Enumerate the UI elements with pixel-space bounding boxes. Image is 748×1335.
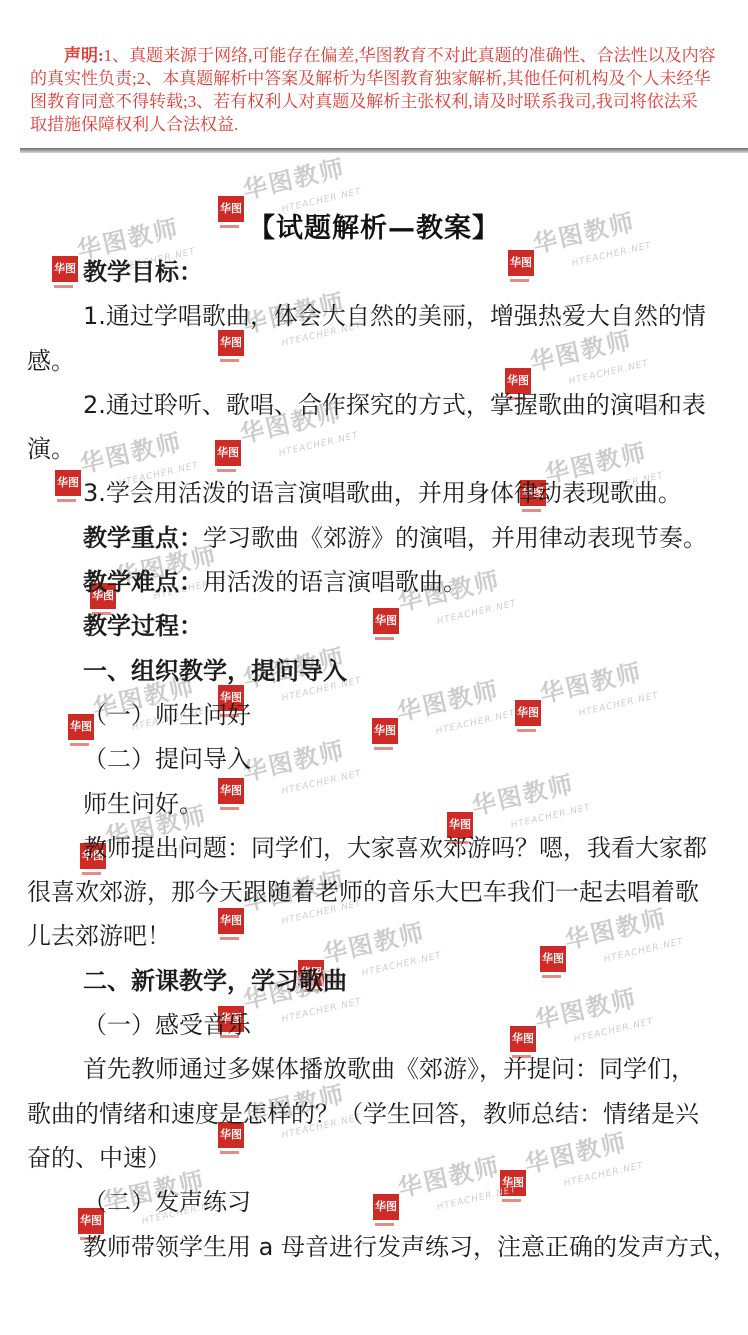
lesson-plan-body: 教学目标： 1.通过学唱歌曲，体会大自然的美丽，增强热爱大自然的情 感。 2.通…	[27, 250, 732, 1269]
document-content: 声明:1、真题来源于网络,可能存在偏差,华图教育不对此真题的准确性、合法性以及内…	[0, 0, 748, 1335]
text-line: （一）师生问好	[27, 693, 732, 737]
text-line: 感。	[27, 339, 732, 383]
text-line: 很喜欢郊游，那今天跟随着老师的音乐大巴车我们一起去唱着歌	[27, 870, 732, 914]
text-line: （二）提问导入	[27, 737, 732, 781]
text-line: 教师提出问题：同学们，大家喜欢郊游吗？嗯，我看大家都	[27, 826, 732, 870]
document-page: 华图华图教师HTEACHER.NET华图华图教师HTEACHER.NET华图华图…	[0, 0, 748, 1335]
text-line: 首先教师通过多媒体播放歌曲《郊游》，并提问：同学们，	[27, 1047, 732, 1091]
text-line: 3.学会用活泼的语言演唱歌曲，并用身体律动表现歌曲。	[27, 471, 732, 515]
text-line: 歌曲的情绪和速度是怎样的？（学生回答，教师总结：情绪是兴	[27, 1092, 732, 1136]
disclaimer-label: 声明:	[64, 46, 104, 65]
labeled-line: 教学难点：用活泼的语言演唱歌曲。	[27, 560, 732, 604]
line-text: 用活泼的语言演唱歌曲。	[203, 568, 467, 596]
heading-line: 二、新课教学，学习歌曲	[27, 959, 732, 1003]
disclaimer: 声明:1、真题来源于网络,可能存在偏差,华图教育不对此真题的准确性、合法性以及内…	[30, 44, 725, 136]
heading-line: 一、组织教学，提问导入	[27, 649, 732, 693]
text-line: 1.通过学唱歌曲，体会大自然的美丽，增强热爱大自然的情	[27, 294, 732, 338]
line-label: 教学重点：	[83, 524, 203, 552]
heading-line: 教学目标：	[27, 250, 732, 294]
text-line: 演。	[27, 427, 732, 471]
line-label: 教学难点：	[83, 568, 203, 596]
text-line: 奋的、中速）	[27, 1136, 732, 1180]
text-line: （二）发声练习	[27, 1180, 732, 1224]
text-line: 教师带领学生用 a 母音进行发声练习，注意正确的发声方式，	[27, 1225, 732, 1269]
disclaimer-line: 图教育同意不得转载;3、若有权利人对真题及解析主张权利,请及时联系我司,我司将依…	[30, 90, 725, 113]
separator-rule	[20, 148, 748, 153]
text-line: 儿去郊游吧！	[27, 914, 732, 958]
text-line: 2.通过聆听、歌唱、合作探究的方式，掌握歌曲的演唱和表	[27, 383, 732, 427]
page-title: 【试题解析—教案】	[0, 206, 748, 245]
heading-line: 教学过程：	[27, 604, 732, 648]
line-text: 学习歌曲《郊游》的演唱，并用律动表现节奏。	[203, 524, 707, 552]
text-line: 师生问好。	[27, 782, 732, 826]
disclaimer-text: 1、真题来源于网络,可能存在偏差,华图教育不对此真题的准确性、合法性以及内容	[104, 46, 716, 65]
text-line: （一）感受音乐	[27, 1003, 732, 1047]
disclaimer-line: 的真实性负责;2、本真题解析中答案及解析为华图教育独家解析,其他任何机构及个人未…	[30, 67, 725, 90]
labeled-line: 教学重点：学习歌曲《郊游》的演唱，并用律动表现节奏。	[27, 516, 732, 560]
disclaimer-line: 声明:1、真题来源于网络,可能存在偏差,华图教育不对此真题的准确性、合法性以及内…	[30, 44, 725, 67]
disclaimer-line: 取措施保障权利人合法权益.	[30, 113, 725, 136]
